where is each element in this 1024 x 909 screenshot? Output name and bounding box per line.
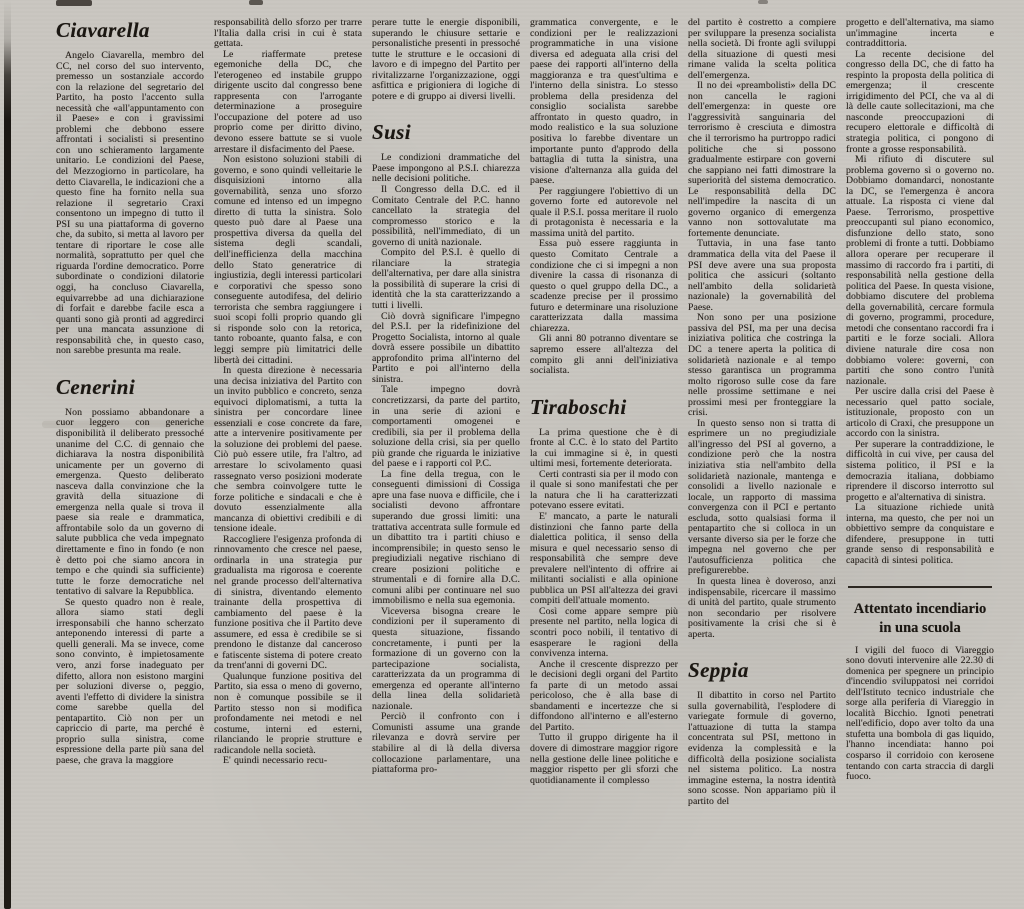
article-paragraph: La situazione richiede unità interna, ma…: [846, 503, 994, 566]
article-paragraph: progetto e dell'alternativa, ma siamo un…: [846, 18, 994, 50]
article-paragraph: del partito è costretto a compiere per s…: [688, 18, 836, 81]
article-paragraph: Non possiamo abbandonare a cuor leggero …: [56, 408, 204, 598]
article-paragraph: Tutto il gruppo dirigente ha il dovere d…: [530, 733, 678, 786]
article-paragraph: Tale impegno dovrà concretizzarsi, da pa…: [372, 385, 520, 469]
article-paragraph: Qualunque funzione positiva del Partito,…: [214, 672, 362, 756]
article-paragraph: Così come appare sempre più presente nel…: [530, 607, 678, 660]
article-paragraph: Perciò il confronto con i Comunisti assu…: [372, 712, 520, 775]
article-paragraph: perare tutte le energie disponibili, sup…: [372, 18, 520, 102]
article-paragraph: Ciò dovrà significare l'impegno del P.S.…: [372, 312, 520, 386]
article-paragraph: Per uscire dalla crisi del Paese è neces…: [846, 387, 994, 440]
article-paragraph: In questa direzione è necessaria una dec…: [214, 366, 362, 535]
article-paragraph: Certi contrasti sia per il modo con il q…: [530, 470, 678, 512]
article-paragraph: Gli anni 80 potranno diventare se saprem…: [530, 334, 678, 376]
article-paragraph: Se questo quadro non è reale, allora sia…: [56, 598, 204, 767]
article-paragraph: In questo senso non si tratta di esprime…: [688, 419, 836, 577]
article-headline-seppia: Seppia: [688, 658, 836, 683]
article-paragraph: I vigili del fuoco di Viareggio sono dov…: [846, 646, 994, 783]
article-paragraph: Non sono per una posizione passiva del P…: [688, 313, 836, 418]
article-paragraph: Le condizioni drammatiche del Paese impo…: [372, 153, 520, 185]
article-paragraph: E' quindi necessario recu-: [214, 756, 362, 767]
section-divider: [848, 586, 992, 588]
newspaper-column-5: del partito è costretto a compiere per s…: [688, 18, 836, 903]
article-headline-tiraboschi: Tiraboschi: [530, 395, 678, 420]
newspaper-column-2: responsabilità dello sforzo per trarre l…: [214, 18, 362, 903]
scan-artifact: [249, 0, 263, 5]
newspaper-page: CiavarellaAngelo Ciavarella, membro del …: [0, 0, 1024, 909]
article-paragraph: Per raggiungere l'obiettivo di un govern…: [530, 187, 678, 240]
article-paragraph: La prima questione che è di fronte al C.…: [530, 428, 678, 470]
article-headline-ciavarella: Ciavarella: [56, 18, 204, 43]
article-paragraph: Angelo Ciavarella, membro del CC, nel co…: [56, 51, 204, 357]
article-paragraph: In questa linea è doveroso, anzi indispe…: [688, 577, 836, 640]
article-paragraph: La recente decisione del congresso della…: [846, 50, 994, 155]
article-paragraph: Per superare la contraddizione, le diffi…: [846, 440, 994, 503]
article-paragraph: E' mancato, a parte le naturali distinzi…: [530, 512, 678, 607]
newspaper-column-3: perare tutte le energie disponibili, sup…: [372, 18, 520, 903]
article-headline-attentato: Attentato incendiario in una scuola: [846, 600, 994, 637]
article-headline-susi: Susi: [372, 120, 520, 145]
article-headline-cenerini: Cenerini: [56, 375, 204, 400]
article-paragraph: responsabilità dello sforzo per trarre l…: [214, 18, 362, 50]
article-paragraph: Compito del P.S.I. è quello di rilanciar…: [372, 248, 520, 311]
article-paragraph: Tuttavia, in una fase tanto drammatica d…: [688, 239, 836, 313]
newspaper-column-4: grammatica convergente, e le condizioni …: [530, 18, 678, 903]
article-paragraph: Anche il crescente disprezzo per le deci…: [530, 660, 678, 734]
article-paragraph: grammatica convergente, e le condizioni …: [530, 18, 678, 187]
article-paragraph: Raccogliere l'esigenza profonda di rinno…: [214, 535, 362, 672]
article-paragraph: Mi rifiuto di discutere sul problema gov…: [846, 155, 994, 387]
scan-artifact: [758, 0, 768, 4]
article-paragraph: Il no dei «preambolisti» della DC non ca…: [688, 81, 836, 239]
article-paragraph: Non esistono soluzioni stabili di govern…: [214, 155, 362, 366]
article-paragraph: Il Congresso della D.C. ed il Comitato C…: [372, 185, 520, 248]
article-paragraph: Il dibattito in corso nel Partito sulla …: [688, 691, 836, 807]
scan-artifact: [56, 0, 92, 6]
article-paragraph: Le riaffermate pretese egemoniche della …: [214, 50, 362, 155]
article-paragraph: Essa può essere raggiunta in questo Comi…: [530, 239, 678, 334]
column-container: CiavarellaAngelo Ciavarella, membro del …: [56, 18, 994, 903]
article-paragraph: Viceversa bisogna creare le condizioni p…: [372, 607, 520, 712]
page-edge-rule: [4, 0, 11, 909]
newspaper-column-1: CiavarellaAngelo Ciavarella, membro del …: [56, 18, 204, 903]
article-paragraph: La fine della tregua, con le conseguenti…: [372, 470, 520, 607]
newspaper-column-6: progetto e dell'alternativa, ma siamo un…: [846, 18, 994, 903]
